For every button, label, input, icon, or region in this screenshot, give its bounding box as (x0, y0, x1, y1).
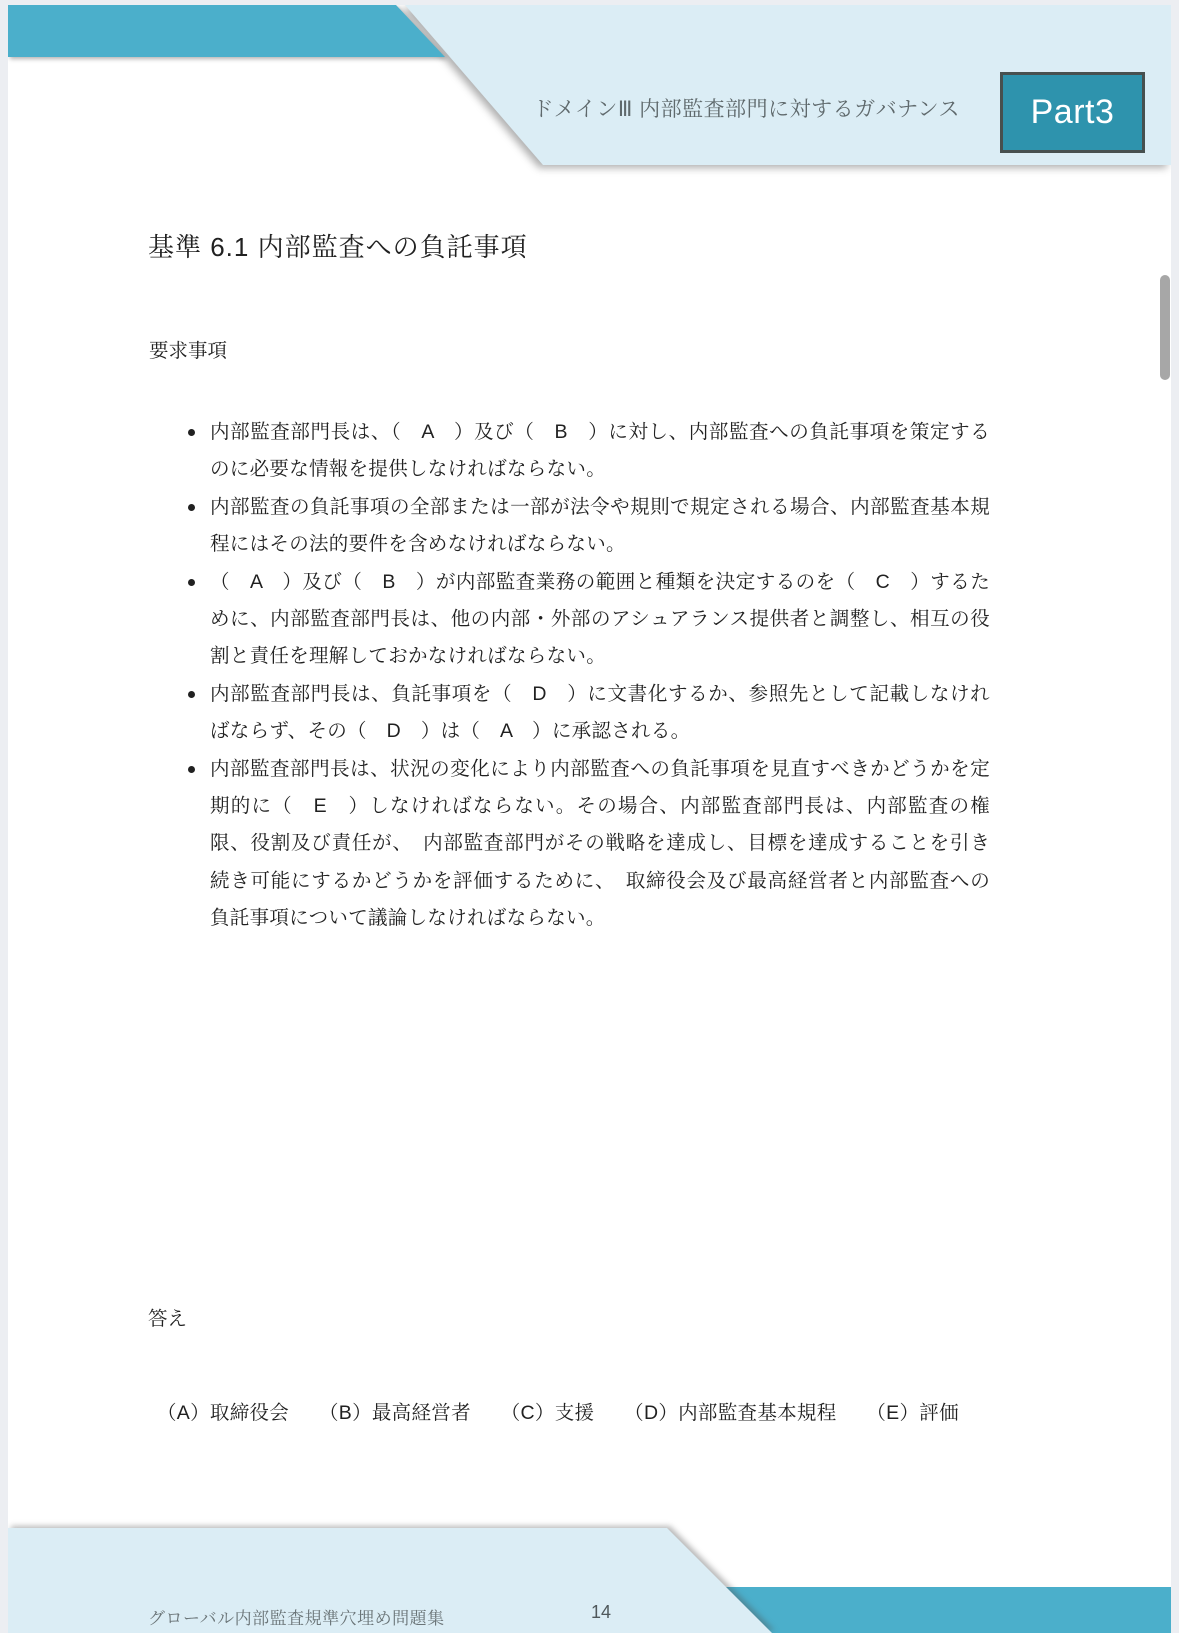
footer-ribbon-shape: グローバル内部監査規準穴埋め問題集 14 (8, 1528, 808, 1633)
page-title: 基準 6.1 内部監査への負託事項 (148, 227, 528, 264)
answer-line: （A）取締役会 （B）最高経営者 （C）支援 （D）内部監査基本規程 （E）評価 (157, 1397, 959, 1425)
requirements-label: 要求事項 (149, 335, 227, 363)
requirement-item: 内部監査の負託事項の全部または一部が法令や規則で規定される場合、内部監査基本規程… (185, 489, 990, 564)
header-domain-label: ドメインⅢ 内部監査部門に対するガバナンス (532, 93, 960, 123)
document-page: ドメインⅢ 内部監査部門に対するガバナンス Part3 基準 6.1 内部監査へ… (8, 5, 1171, 1633)
requirement-item: 内部監査部門長は、（ A ）及び（ B ）に対し、内部監査への負託事項を策定する… (185, 414, 990, 489)
footer-page-number: 14 (591, 1602, 611, 1623)
scrollbar-thumb[interactable] (1160, 275, 1170, 380)
header-teal-ribbon-shape (8, 5, 468, 57)
requirement-item: （ A ）及び（ B ）が内部監査業務の範囲と種類を決定するのを（ C ）するた… (185, 564, 990, 676)
part-badge-label: Part3 (1031, 93, 1115, 132)
requirement-item: 内部監査部門長は、状況の変化により内部監査への負託事項を見直すべきかどうかを定期… (185, 751, 990, 938)
requirements-list: 内部監査部門長は、（ A ）及び（ B ）に対し、内部監査への負託事項を策定する… (185, 414, 990, 938)
answer-label: 答え (148, 1303, 187, 1331)
part-badge: Part3 (1000, 72, 1145, 153)
requirement-item: 内部監査部門長は、負託事項を（ D ）に文書化するか、参照先として記載しなければ… (185, 676, 990, 751)
header-teal-ribbon (8, 5, 468, 65)
footer-ribbon: グローバル内部監査規準穴埋め問題集 14 (8, 1528, 808, 1633)
footer-book-title: グローバル内部監査規準穴埋め問題集 (148, 1604, 445, 1629)
